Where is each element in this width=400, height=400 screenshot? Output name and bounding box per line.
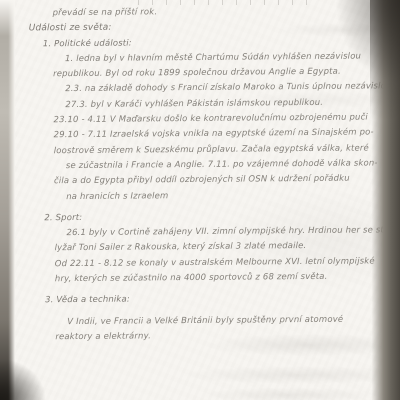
cropped-line-remnants [138,0,308,5]
handwriting-lines: převádí se na příští rok.Události ze svě… [0,5,383,348]
scan-edge-left [0,0,15,400]
handwritten-line: 3. Věda a technika: [45,293,383,311]
handwritten-line: hry, kterých se zúčastnilo na 4000 sport… [55,271,383,289]
scan-edge-right [370,0,400,400]
handwritten-line: reaktory a elektrárny. [55,329,383,347]
handwritten-line: na hranicích s Izraelem [66,189,382,207]
scanned-document-page: převádí se na příští rok.Události ze svě… [0,0,400,400]
